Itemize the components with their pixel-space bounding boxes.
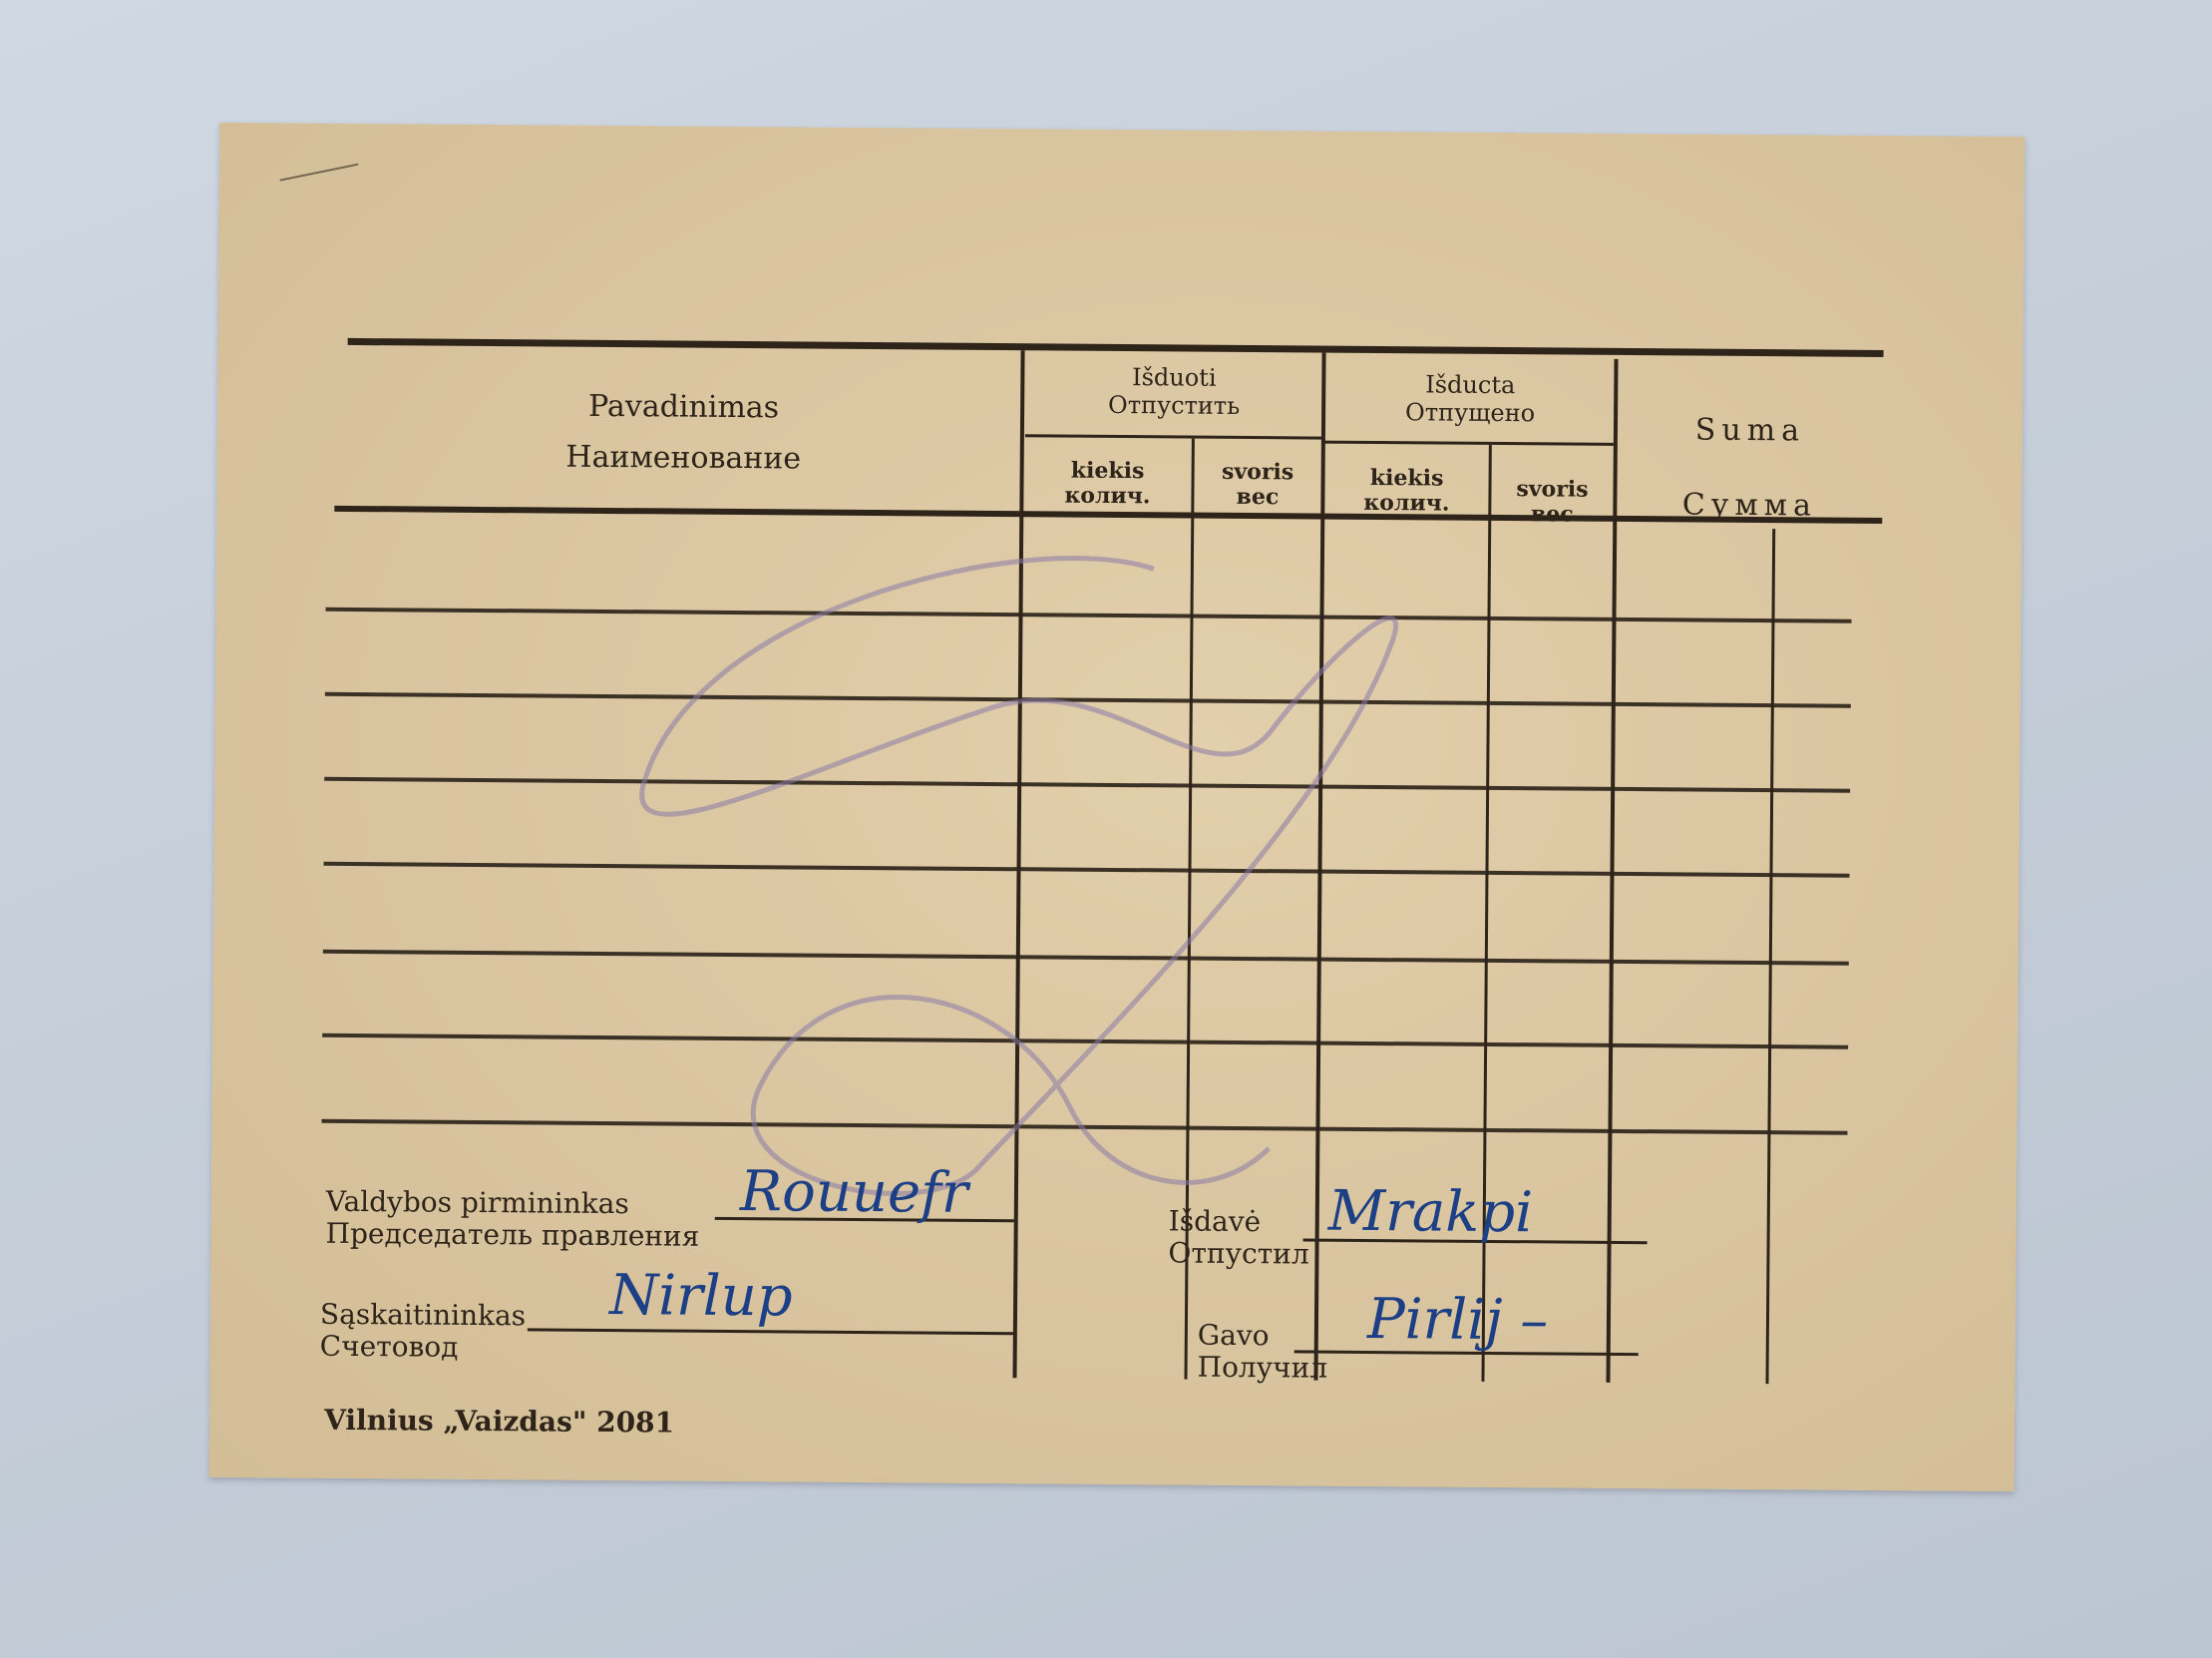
issued-by-signature: Mrakpi — [1328, 1179, 1534, 1246]
issue-header-ru: Отпустить — [1024, 391, 1323, 421]
table-row — [325, 692, 1851, 708]
accountant-signature: Nirlup — [609, 1263, 793, 1329]
issued-subheader-rule — [1324, 441, 1614, 446]
issue-header-lt: Išduoti — [1024, 363, 1323, 393]
accountant-label: Sąskaitininkas Счетовод — [320, 1299, 527, 1365]
accountant-label-lt: Sąskaitininkas — [320, 1299, 526, 1333]
chairman-label: Valdybos pirmininkas Председатель правле… — [325, 1186, 699, 1253]
issue-qty-ru: колич. — [1023, 484, 1191, 511]
issued-weight-lt: svoris — [1491, 477, 1613, 503]
issued-weight-ru: вес — [1491, 502, 1613, 528]
issue-qty-lt: kiekis — [1024, 458, 1192, 485]
column-header-name: Pavadinimas Наименование — [347, 388, 1021, 478]
column-header-issued: Išducta Отпущено — [1325, 371, 1615, 428]
table-row — [324, 862, 1850, 878]
chairman-label-ru: Председатель правления — [325, 1218, 699, 1253]
issue-weight-ru: вес — [1194, 485, 1320, 511]
name-header-lt: Pavadinimas — [347, 388, 1020, 428]
decorative-mark — [280, 164, 359, 182]
issued-weight-header: svoris вес — [1491, 477, 1613, 529]
issue-weight-header: svoris вес — [1194, 460, 1320, 512]
issued-qty-lt: kiekis — [1324, 466, 1488, 493]
table-row — [321, 1119, 1847, 1135]
col-divider-6 — [1765, 529, 1775, 1384]
table-row — [322, 1034, 1848, 1049]
issue-weight-lt: svoris — [1195, 460, 1321, 486]
received-by-label-lt: Gavo — [1198, 1320, 1328, 1353]
received-by-label-ru: Получил — [1197, 1352, 1327, 1385]
issue-qty-header: kiekis колич. — [1023, 458, 1191, 510]
issued-header-ru: Отпущено — [1325, 398, 1615, 428]
issued-header-lt: Išducta — [1325, 371, 1615, 401]
received-by-signature: Pirlij – — [1367, 1287, 1549, 1353]
issued-by-label-ru: Отпустил — [1168, 1238, 1308, 1271]
accountant-signature-line — [528, 1328, 1016, 1335]
issue-subheader-rule — [1025, 434, 1324, 439]
name-header-ru: Наименование — [347, 438, 1020, 478]
chairman-signature: Rouuefr — [740, 1159, 968, 1226]
column-header-issue: Išduoti Отпустить — [1024, 363, 1323, 421]
issued-qty-ru: колич. — [1324, 491, 1488, 518]
table-row — [326, 608, 1852, 623]
sum-header-lt: Suma — [1618, 413, 1883, 450]
chairman-label-lt: Valdybos pirmininkas — [326, 1186, 700, 1221]
column-header-sum: Suma Сумма — [1617, 413, 1883, 524]
issued-by-label: Išdavė Отпустил — [1168, 1205, 1309, 1270]
accountant-label-ru: Счетовод — [320, 1331, 526, 1365]
table-row — [324, 777, 1850, 793]
sum-header-ru: Сумма — [1617, 487, 1882, 524]
table-row — [323, 950, 1849, 966]
header-top-rule — [348, 338, 1884, 357]
form-paper: Pavadinimas Наименование Išduoti Отпусти… — [209, 123, 2026, 1491]
printer-imprint: Vilnius „Vaizdas" 2081 — [324, 1404, 674, 1440]
issued-qty-header: kiekis колич. — [1324, 466, 1488, 518]
issued-by-label-lt: Išdavė — [1169, 1205, 1309, 1238]
